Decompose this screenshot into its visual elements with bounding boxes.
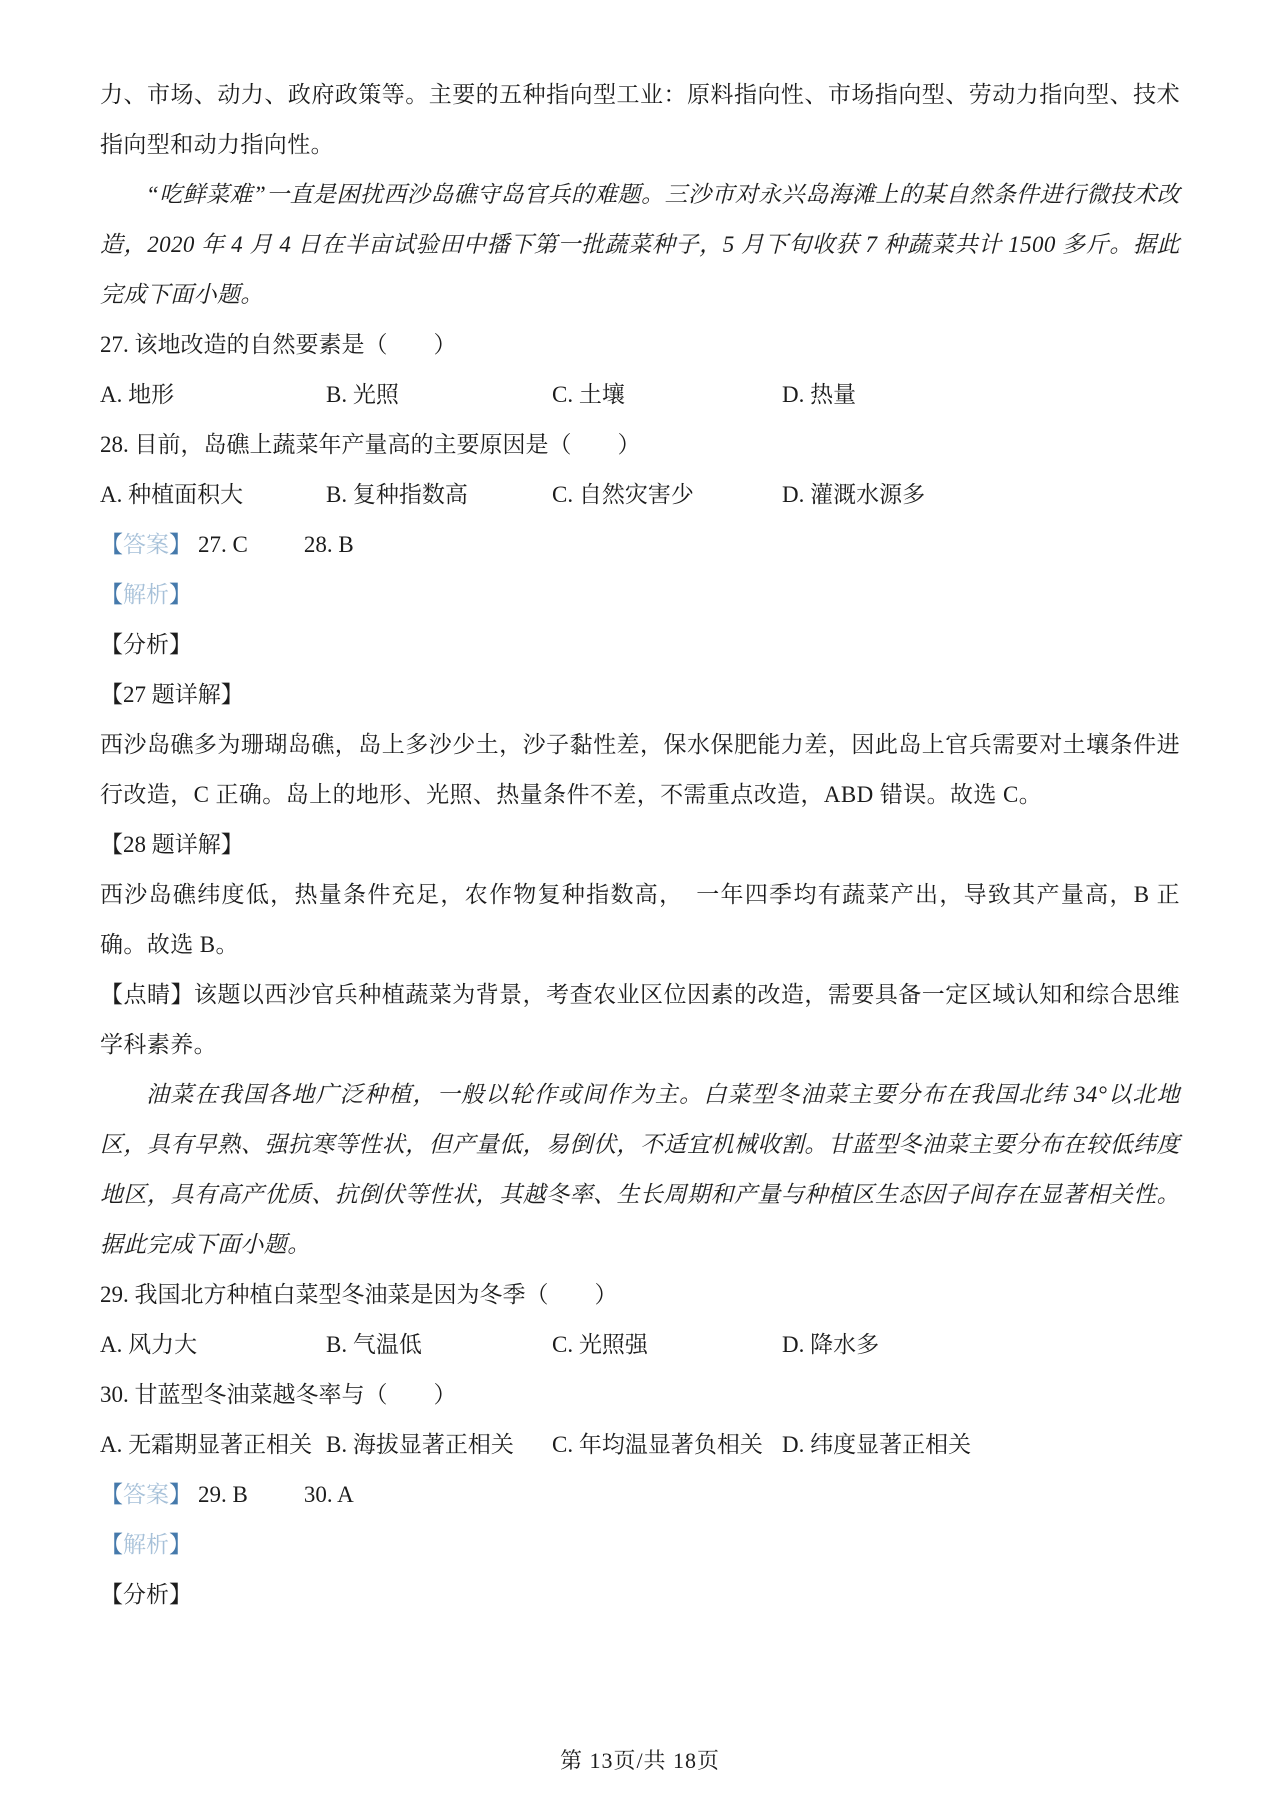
detail-28-heading: 【28 题详解】	[100, 820, 1180, 870]
page-content: 力、市场、动力、政府政策等。主要的五种指向型工业：原料指向性、市场指向型、劳动力…	[100, 70, 1180, 1620]
option-28-c: C. 自然灾害少	[552, 470, 782, 520]
answer-28: 28. B	[304, 532, 354, 557]
passage-xisha-vegetables: “吃鲜菜难”一直是困扰西沙岛礁守岛官兵的难题。三沙市对永兴岛海滩上的某自然条件进…	[100, 170, 1180, 320]
option-30-d: D. 纬度显著正相关	[782, 1420, 1180, 1470]
question-30-stem: 30. 甘蓝型冬油菜越冬率与（ ）	[100, 1370, 1180, 1420]
question-29-options: A. 风力大 B. 气温低 C. 光照强 D. 降水多	[100, 1320, 1180, 1370]
option-30-c: C. 年均温显著负相关	[552, 1420, 782, 1470]
pointer-text: 该题以西沙官兵种植蔬菜为背景，考查农业区位因素的改造，需要具备一定区域认知和综合…	[100, 982, 1180, 1057]
fenxi-label-2: 【分析】	[100, 1570, 1180, 1620]
option-27-c: C. 土壤	[552, 370, 782, 420]
option-28-b: B. 复种指数高	[326, 470, 552, 520]
question-28: 28. 目前，岛礁上蔬菜年产量高的主要原因是（ ） A. 种植面积大 B. 复种…	[100, 420, 1180, 520]
option-27-a: A. 地形	[100, 370, 326, 420]
question-29-stem: 29. 我国北方种植白菜型冬油菜是因为冬季（ ）	[100, 1270, 1180, 1320]
option-29-b: B. 气温低	[326, 1320, 552, 1370]
exam-document-page: 力、市场、动力、政府政策等。主要的五种指向型工业：原料指向性、市场指向型、劳动力…	[0, 0, 1280, 1810]
answer-27: 27. C	[198, 532, 248, 557]
question-27-stem: 27. 该地改造的自然要素是（ ）	[100, 320, 1180, 370]
pointer-label: 【点睛】	[100, 982, 194, 1007]
option-30-a: A. 无霜期显著正相关	[100, 1420, 326, 1470]
question-30-options: A. 无霜期显著正相关 B. 海拔显著正相关 C. 年均温显著负相关 D. 纬度…	[100, 1420, 1180, 1470]
question-30: 30. 甘蓝型冬油菜越冬率与（ ） A. 无霜期显著正相关 B. 海拔显著正相关…	[100, 1370, 1180, 1470]
answer-row-27-28: 【答案】27. C28. B	[100, 520, 1180, 570]
option-28-a: A. 种植面积大	[100, 470, 326, 520]
question-29: 29. 我国北方种植白菜型冬油菜是因为冬季（ ） A. 风力大 B. 气温低 C…	[100, 1270, 1180, 1370]
option-29-a: A. 风力大	[100, 1320, 326, 1370]
detail-28-text: 西沙岛礁纬度低，热量条件充足，农作物复种指数高， 一年四季均有蔬菜产出，导致其产…	[100, 870, 1180, 970]
question-28-options: A. 种植面积大 B. 复种指数高 C. 自然灾害少 D. 灌溉水源多	[100, 470, 1180, 520]
option-29-c: C. 光照强	[552, 1320, 782, 1370]
pointer-paragraph: 【点睛】该题以西沙官兵种植蔬菜为背景，考查农业区位因素的改造，需要具备一定区域认…	[100, 970, 1180, 1070]
option-29-d: D. 降水多	[782, 1320, 1180, 1370]
answer-label: 【答案】	[100, 532, 192, 557]
answer-row-29-30: 【答案】29. B30. A	[100, 1470, 1180, 1520]
jiexi-label-2: 【解析】	[100, 1520, 1180, 1570]
question-28-stem: 28. 目前，岛礁上蔬菜年产量高的主要原因是（ ）	[100, 420, 1180, 470]
question-27: 27. 该地改造的自然要素是（ ） A. 地形 B. 光照 C. 土壤 D. 热…	[100, 320, 1180, 420]
option-28-d: D. 灌溉水源多	[782, 470, 1180, 520]
detail-27-heading: 【27 题详解】	[100, 670, 1180, 720]
question-27-options: A. 地形 B. 光照 C. 土壤 D. 热量	[100, 370, 1180, 420]
option-27-b: B. 光照	[326, 370, 552, 420]
detail-27-text: 西沙岛礁多为珊瑚岛礁，岛上多沙少土，沙子黏性差，保水保肥能力差，因此岛上官兵需要…	[100, 720, 1180, 820]
jiexi-label-1: 【解析】	[100, 570, 1180, 620]
fenxi-label-1: 【分析】	[100, 620, 1180, 670]
passage-rapeseed: 油菜在我国各地广泛种植，一般以轮作或间作为主。白菜型冬油菜主要分布在我国北纬 3…	[100, 1070, 1180, 1270]
carryover-paragraph: 力、市场、动力、政府政策等。主要的五种指向型工业：原料指向性、市场指向型、劳动力…	[100, 70, 1180, 170]
answer-29: 29. B	[198, 1482, 248, 1507]
answer-30: 30. A	[304, 1482, 354, 1507]
page-number: 第 13页/共 18页	[560, 1748, 720, 1773]
page-footer: 第 13页/共 18页	[0, 1744, 1280, 1775]
option-27-d: D. 热量	[782, 370, 1180, 420]
answer-label: 【答案】	[100, 1482, 192, 1507]
option-30-b: B. 海拔显著正相关	[326, 1420, 552, 1470]
